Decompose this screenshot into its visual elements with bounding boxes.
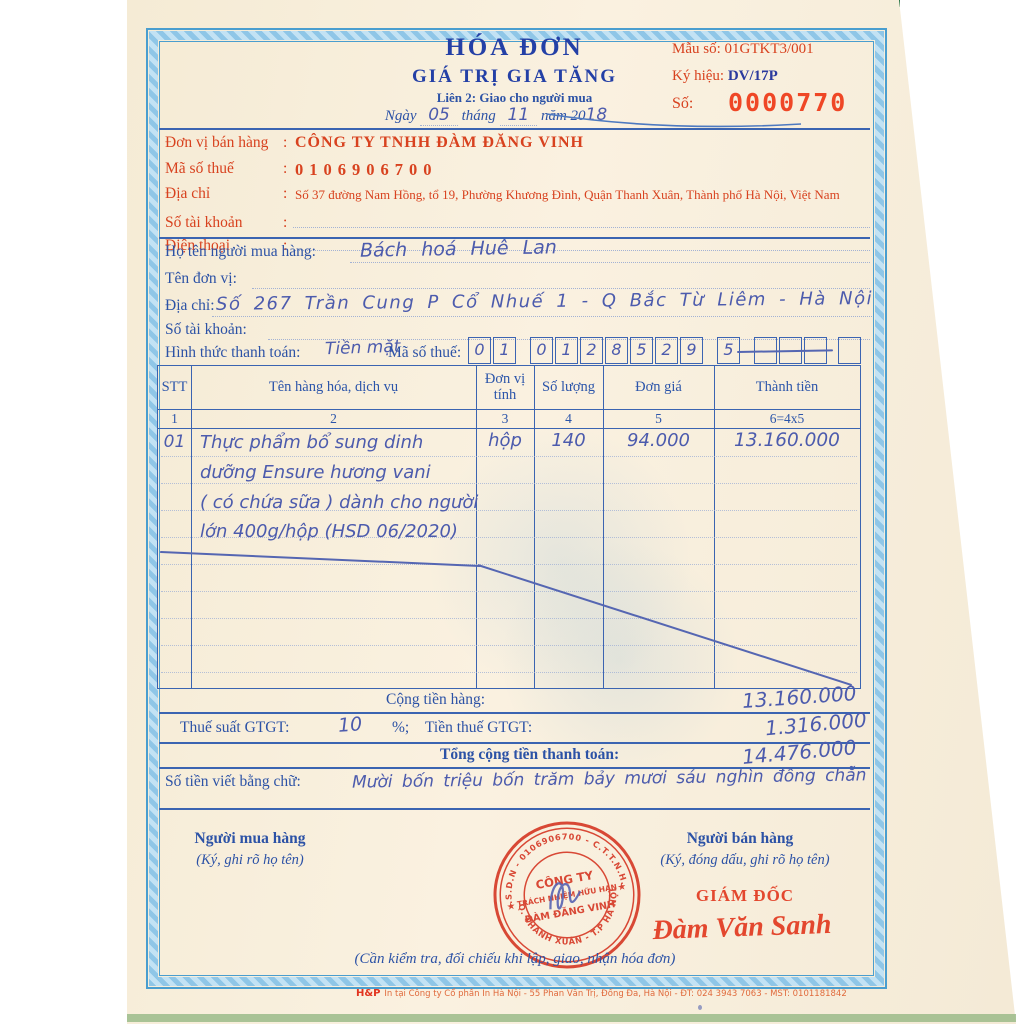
row-name-line3: ( có chứa sữa ) dành cho người (200, 492, 478, 513)
dotted-guide-line (161, 591, 857, 592)
payment-method-label: Hình thức thanh toán: (165, 344, 300, 362)
seller-tax-value: 0106906700 (295, 160, 438, 180)
dotted-guide-line (161, 672, 857, 673)
seller-account-label: Số tài khoản (165, 214, 283, 232)
vat-percent-sign: %; (392, 719, 409, 737)
tax-digit-box: 1 (555, 337, 578, 364)
colon: : (283, 214, 287, 232)
seller-address-value: Số 37 đường Nam Hồng, tổ 19, Phường Khươ… (295, 187, 840, 203)
row-name-line2: dưỡng Ensure hương vani (200, 462, 431, 483)
buyer-name-handwritten: Bách hoá Huê Lan (360, 236, 557, 261)
col-header-stt: STT (158, 379, 191, 395)
dotted-leader (212, 316, 872, 317)
seller-account-row: Số tài khoản : (165, 209, 872, 232)
amount-in-words-label: Số tiền viết bằng chữ: (165, 773, 301, 791)
tax-digit-box: 2 (580, 337, 603, 364)
col-header-name: Tên hàng hóa, dịch vụ (191, 379, 476, 395)
col-num-5: 5 (603, 411, 714, 426)
row-name-line4: lớn 400g/hộp (HSD 06/2020) (200, 521, 458, 542)
col-num-4: 4 (534, 411, 603, 426)
col-header-amount: Thành tiền (714, 379, 860, 395)
col-header-qty: Số lượng (534, 379, 603, 395)
buyer-account-label: Số tài khoản: (165, 321, 247, 339)
row-amount-handwritten: 13.160.000 (714, 430, 860, 451)
seller-name-label: Đơn vị bán hàng (165, 134, 268, 151)
buyer-name-label: Họ tên người mua hàng: (165, 243, 316, 261)
dotted-leader (293, 227, 870, 228)
seller-signature-note: (Ký, đóng dấu, ghi rõ họ tên) (625, 852, 865, 869)
buyer-tax-label: Mã số thuế: (388, 344, 461, 362)
subtotal-label: Cộng tiền hàng: (386, 691, 485, 709)
col-num-6: 6=4x5 (714, 411, 860, 426)
tax-digit-box: 0 (530, 337, 553, 364)
tax-digit: 0 (536, 340, 546, 359)
invoice-number-value: 0000770 (728, 88, 847, 117)
dotted-guide-line (161, 564, 857, 565)
seller-address-row: Địa chỉ : Số 37 đường Nam Hồng, tổ 19, P… (165, 185, 872, 209)
tax-digit: 2 (661, 340, 671, 359)
tax-digit: 8 (611, 340, 621, 359)
printer-logo: H&P (356, 988, 380, 999)
grand-total-label: Tổng cộng tiền thanh toán: (440, 746, 619, 764)
colon: : (283, 160, 287, 178)
tax-digit: 5 (723, 340, 733, 359)
tax-digit-box: 9 (680, 337, 703, 364)
stamp-star-left: ★ (506, 901, 517, 913)
serial-label: Ký hiệu: (672, 68, 724, 84)
dotted-guide-line (161, 456, 857, 457)
colon: : (283, 185, 287, 203)
dotted-leader (350, 262, 870, 263)
tax-digit-box: 5 (630, 337, 653, 364)
row-price-handwritten: 94.000 (603, 430, 714, 451)
date-prefix-label: Ngày (385, 108, 417, 124)
tax-digit-box: 8 (605, 337, 628, 364)
totals-line (159, 712, 870, 714)
vat-rate-handwritten: 10 (337, 713, 363, 737)
form-info-block: Mẫu số: 01GTKT3/001 (672, 41, 814, 58)
header-separator-line (159, 128, 870, 130)
tax-digit: 5 (636, 340, 646, 359)
form-number-label: Mẫu số: (672, 41, 721, 57)
tax-digit: 1 (499, 340, 509, 359)
col-num-3: 3 (476, 411, 534, 426)
director-title: GIÁM ĐỐC (670, 886, 820, 906)
buyer-signature-note: (Ký, ghi rõ họ tên) (150, 852, 350, 869)
tax-digit-box: 0 (468, 337, 491, 364)
vat-amount-label: Tiền thuế GTGT: (425, 719, 532, 737)
tax-digit: 9 (686, 340, 696, 359)
signature-separator-line (159, 808, 870, 810)
dotted-guide-line (161, 618, 857, 619)
row-unit-handwritten: hộp (476, 430, 534, 451)
buyer-address-label: Địa chỉ: (165, 297, 215, 315)
items-table: STT Tên hàng hóa, dịch vụ Đơn vị tính Số… (157, 365, 861, 689)
seller-tax-label: Mã số thuế (165, 160, 234, 177)
tax-digit: 0 (474, 340, 484, 359)
tax-digit-box-empty (838, 337, 861, 364)
invoice-photo: HÓA ĐƠN GIÁ TRỊ GIA TĂNG Liên 2: Giao ch… (0, 0, 1024, 1024)
seller-signature-title: Người bán hàng (650, 830, 830, 848)
col-header-price: Đơn giá (603, 379, 714, 395)
date-month-handwritten: 11 (500, 105, 538, 126)
verification-footnote: (Cần kiểm tra, đối chiếu khi lập, giao, … (280, 951, 750, 968)
date-day-handwritten: 05 (420, 105, 458, 126)
row-name-line1: Thực phẩm bổ sung dinh (200, 432, 423, 453)
tax-digit: 1 (561, 340, 571, 359)
buyer-signature-title: Người mua hàng (160, 830, 340, 848)
seller-address-label: Địa chỉ (165, 185, 210, 202)
row-stt-handwritten: 01 (158, 432, 191, 452)
backdrop-green-bottom (127, 1014, 1016, 1022)
printer-footer-text: In tại Công ty Cổ phần In Hà Nội - 55 Ph… (384, 989, 846, 999)
seller-name-row: Đơn vị bán hàng : CÔNG TY TNHH ĐÀM ĐĂNG … (165, 134, 872, 160)
col-header-unit: Đơn vị tính (476, 371, 534, 403)
serial-info-block: Ký hiệu: DV/17P (672, 68, 778, 85)
date-month-label: tháng (462, 108, 496, 124)
tax-digit-box: 1 (493, 337, 516, 364)
serial-value: DV/17P (728, 68, 778, 84)
dotted-guide-line (161, 645, 857, 646)
vat-rate-label: Thuế suất GTGT: (180, 719, 289, 737)
col-num-2: 2 (191, 411, 476, 426)
printer-footer: H&PIn tại Công ty Cổ phần In Hà Nội - 55… (356, 988, 876, 999)
tax-digit-box: 2 (655, 337, 678, 364)
seller-tax-row: Mã số thuế : 0106906700 (165, 160, 872, 185)
row-qty-handwritten: 140 (534, 430, 603, 451)
invoice-number-label: Số: (672, 95, 693, 113)
col-num-1: 1 (158, 411, 191, 426)
buyer-org-label: Tên đơn vị: (165, 270, 237, 288)
colon: : (283, 134, 287, 152)
tax-digit: 2 (586, 340, 596, 359)
seller-name-value: CÔNG TY TNHH ĐÀM ĐĂNG VINH (295, 134, 584, 152)
form-number-value: 01GTKT3/001 (725, 41, 814, 57)
dotted-guide-line (161, 483, 857, 484)
ink-dot (698, 1005, 702, 1010)
